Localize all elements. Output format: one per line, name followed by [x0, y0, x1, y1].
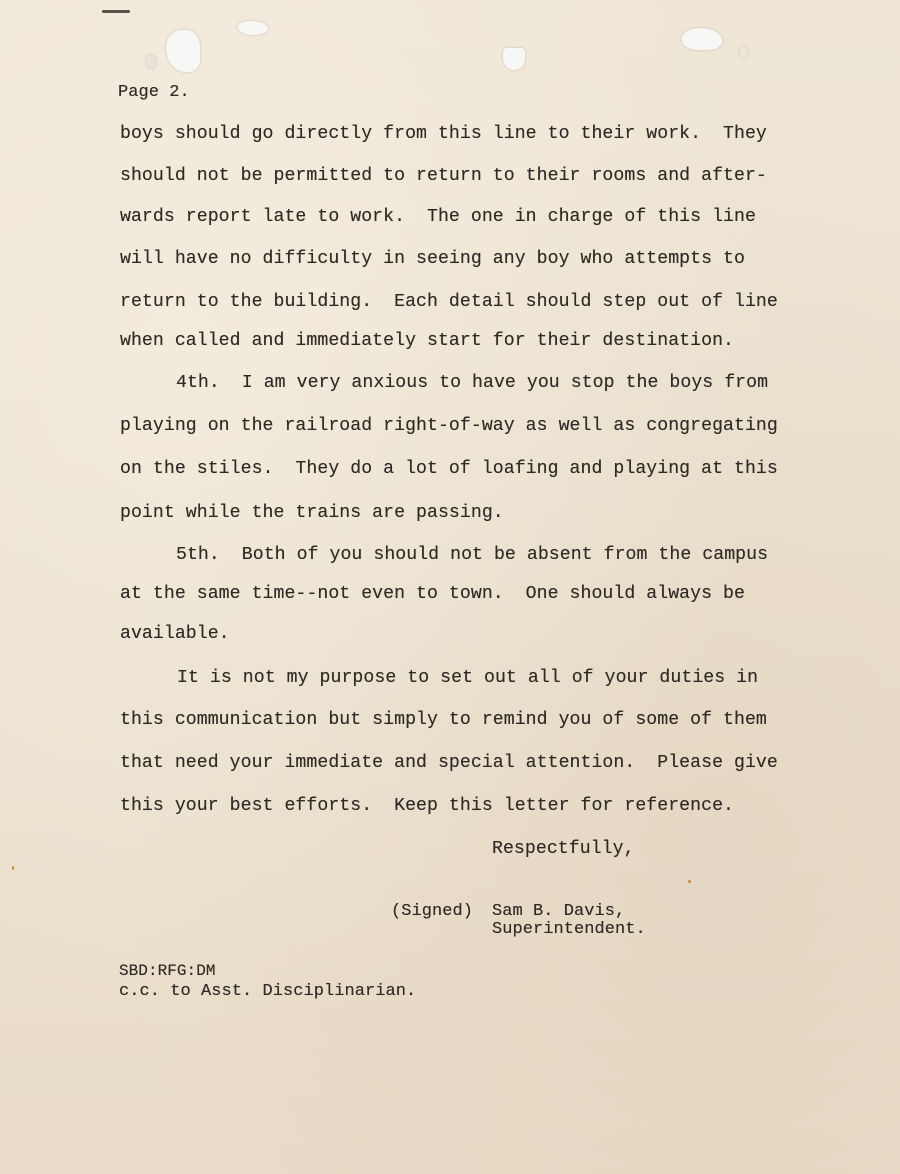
complimentary-close: Respectfully,: [492, 840, 635, 858]
paper-hole: [740, 46, 748, 58]
paper-hole: [503, 48, 525, 70]
body-line: should not be permitted to return to the…: [120, 167, 767, 185]
paper-hole: [238, 21, 268, 35]
body-line: on the stiles. They do a lot of loafing …: [120, 460, 778, 478]
body-line: 5th. Both of you should not be absent fr…: [176, 546, 768, 564]
signed-label: (Signed): [391, 903, 473, 920]
signer-name: Sam B. Davis,: [492, 903, 625, 920]
body-line: point while the trains are passing.: [120, 504, 504, 522]
reference-initials: SBD:RFG:DM: [119, 963, 216, 979]
body-line: available.: [120, 625, 230, 643]
paper-hole: [682, 28, 722, 50]
body-line: when called and immediately start for th…: [120, 332, 734, 350]
body-line: boys should go directly from this line t…: [120, 125, 767, 143]
body-line: return to the building. Each detail shou…: [120, 293, 778, 311]
body-line: at the same time--not even to town. One …: [120, 585, 745, 603]
paper-hole: [166, 30, 200, 72]
body-line: playing on the railroad right-of-way as …: [120, 417, 778, 435]
body-line: 4th. I am very anxious to have you stop …: [176, 374, 768, 392]
paper-speck: [12, 866, 14, 870]
body-line: will have no difficulty in seeing any bo…: [120, 250, 745, 268]
staple-mark: [102, 10, 130, 13]
body-line: that need your immediate and special att…: [120, 754, 778, 772]
body-line: this communication but simply to remind …: [120, 711, 767, 729]
body-line: wards report late to work. The one in ch…: [120, 208, 756, 226]
signer-title: Superintendent.: [492, 921, 646, 938]
page-label: Page 2.: [118, 84, 190, 101]
body-line: It is not my purpose to set out all of y…: [177, 669, 758, 687]
paper-speck: [688, 880, 691, 883]
carbon-copy: c.c. to Asst. Disciplinarian.: [119, 983, 416, 1000]
body-line: this your best efforts. Keep this letter…: [120, 797, 734, 815]
letter-page: Page 2. boys should go directly from thi…: [0, 0, 900, 1174]
paper-hole: [146, 55, 156, 69]
